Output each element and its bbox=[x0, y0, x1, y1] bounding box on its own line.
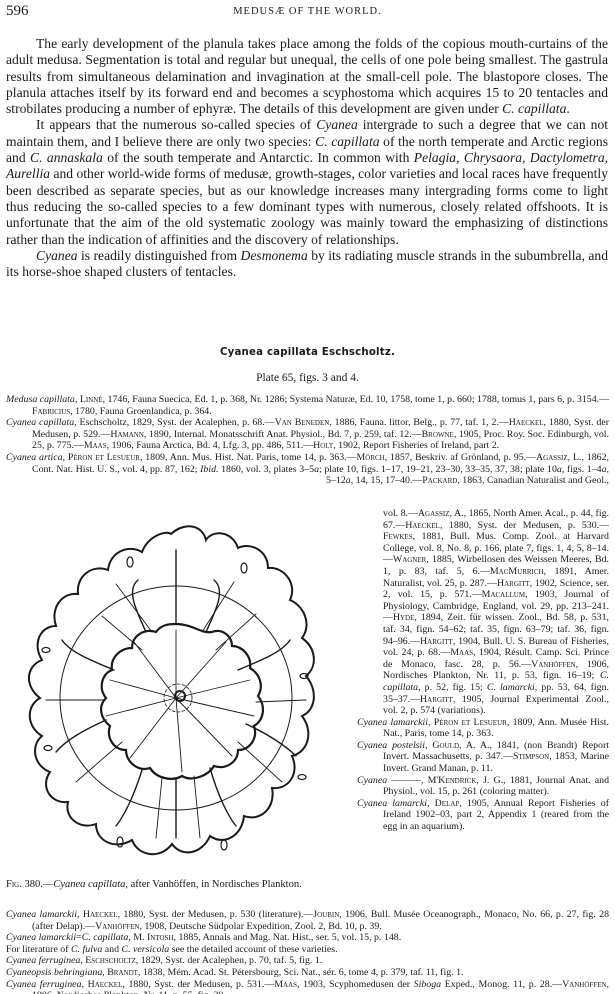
synonymy-entry: Cyanea ferruginea, Haeckel, 1880, Syst. … bbox=[6, 979, 609, 994]
paragraph-distinction: Cyanea is readily distinguished from Des… bbox=[6, 248, 608, 281]
figure-caption: Fig. 380.—Cyanea capillata, after Vanhöf… bbox=[6, 879, 302, 890]
synonymy-entry: Cyanea lamarckii, Haeckel, 1880, Syst. d… bbox=[6, 909, 609, 932]
synonymy-entry: Cyanea artica, Péron et Lesueur, 1809, A… bbox=[6, 452, 609, 487]
synonymy-entry: Cyanea lamarckii=C. capillata, M. Intosh… bbox=[6, 932, 609, 944]
synonymy-entry: Cyaneopsis behringiana, Brandt, 1838, Mé… bbox=[6, 967, 609, 979]
synonymy-list-top: Medusa capillata, Linné, 1746, Fauna Sue… bbox=[6, 394, 609, 487]
synonymy-entry: Cyanea lamarckii, Péron et Lesueur, 1809… bbox=[357, 717, 609, 740]
synonymy-entry: Medusa capillata, Linné, 1746, Fauna Sue… bbox=[6, 394, 609, 417]
paragraph-species-intergrade: It appears that the numerous so-called s… bbox=[6, 117, 608, 247]
synonymy-entry: Cyanea ———, M'Kendrick, J. G., 1881, Jou… bbox=[357, 775, 609, 798]
running-title: MEDUSÆ OF THE WORLD. bbox=[6, 6, 609, 17]
literature-note: For literature of C. fulva and C. versic… bbox=[6, 944, 609, 956]
synonymy-entry: Cyanea ferruginea, Eschscholtz, 1829, Sy… bbox=[6, 955, 609, 967]
body-text: The early development of the planula tak… bbox=[6, 36, 608, 280]
synonymy-continuation: vol. 8.—Agassiz, A., 1865, North Amer. A… bbox=[383, 508, 609, 717]
synonymy-entry: Cyanea lamarcki, Delap, 1905, Annual Rep… bbox=[357, 798, 609, 833]
plate-reference: Plate 65, figs. 3 and 4. bbox=[0, 372, 615, 384]
synonymy-list-bottom: Cyanea lamarckii, Haeckel, 1880, Syst. d… bbox=[6, 909, 609, 994]
running-head: 596 MEDUSÆ OF THE WORLD. bbox=[6, 3, 609, 23]
synonymy-entry: Cyanea postelsii, Gould, A. A., 1841, (n… bbox=[357, 740, 609, 775]
jellyfish-illustration-icon bbox=[6, 520, 336, 868]
synonymy-entry: Cyanea capillata, Eschscholtz, 1829, Sys… bbox=[6, 417, 609, 452]
species-heading: Cyanea capillata Eschscholtz. bbox=[0, 347, 615, 358]
paragraph-development: The early development of the planula tak… bbox=[6, 36, 608, 117]
document-page: 596 MEDUSÆ OF THE WORLD. The early devel… bbox=[0, 0, 615, 994]
synonymy-right-column: vol. 8.—Agassiz, A., 1865, North Amer. A… bbox=[357, 508, 609, 833]
jellyfish-figure bbox=[6, 520, 336, 868]
